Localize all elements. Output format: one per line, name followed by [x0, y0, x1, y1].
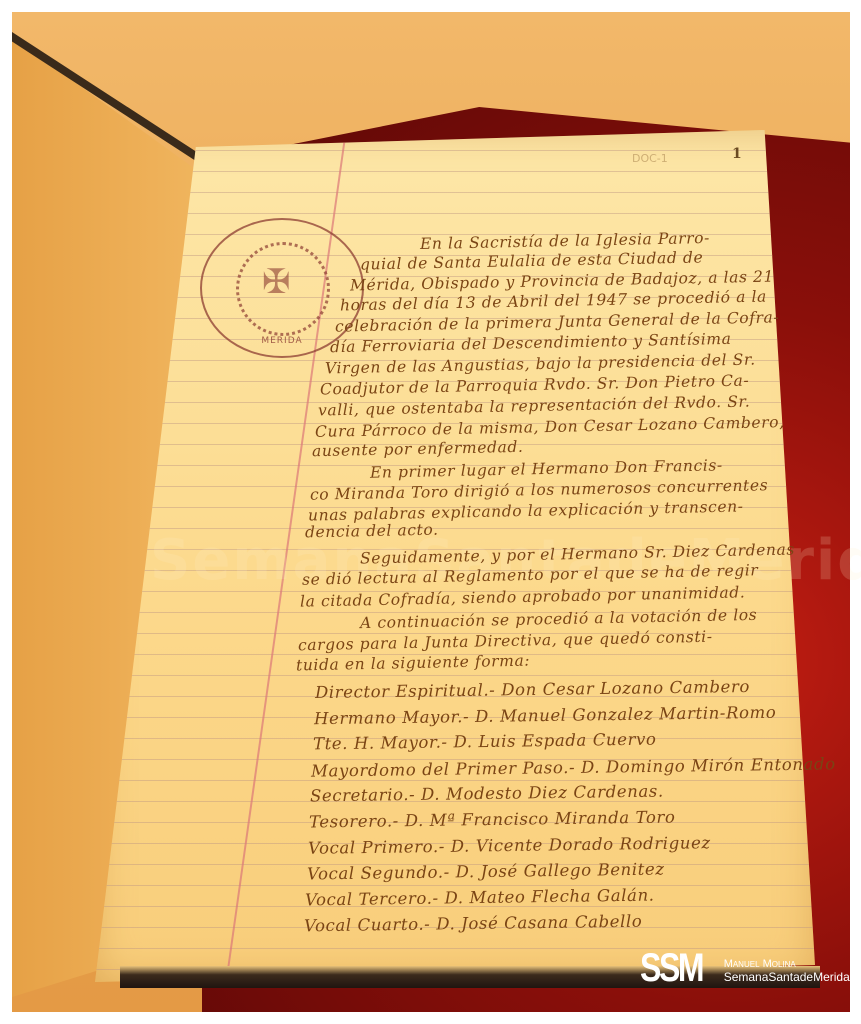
credit-site: SemanaSantadeMerida.es [724, 971, 861, 984]
credit-logo: SSM Manuel Molina SemanaSantadeMerida.es [640, 948, 861, 988]
credit-text: Manuel Molina SemanaSantadeMerida.es [724, 958, 861, 988]
document-reference: DOC-1 [632, 152, 668, 165]
ssm-logo-mark: SSM [640, 948, 702, 988]
page-number: 1 [732, 146, 742, 162]
handwritten-line: dencia del acto. [305, 521, 439, 542]
cross-emblem-icon: ✠ [262, 262, 291, 302]
